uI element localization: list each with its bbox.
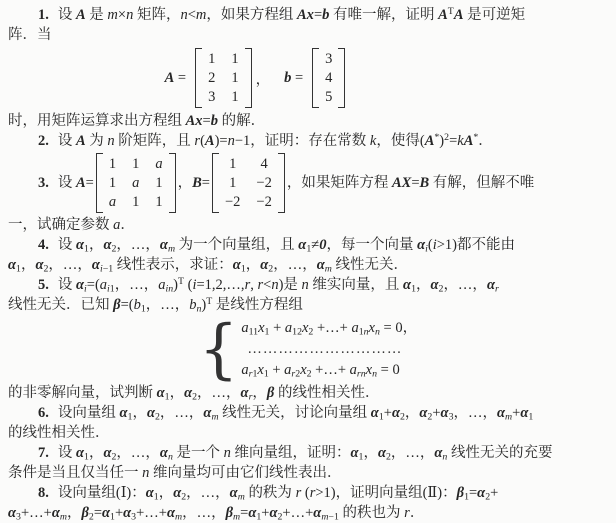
problem-5-line-2: 线性无关．已知 β=(b1，…，bn)T 是线性方程组	[8, 295, 608, 315]
problem-5-line-1: 5.设 αi=(ai1，…，ain)T (i=1,2,…,r, r<n)是 n …	[8, 275, 608, 295]
problem-1-display-equation: A = 112131 ， b = 345	[0, 48, 556, 108]
problem-6-line-2: 的线性相关性．	[8, 423, 608, 443]
problem-5-line-3: 的非零解向量，试判断 α1，α2，…，αr，β 的线性相关性．	[8, 383, 608, 403]
problem-2-line-1: 2.设 A 为 n 阶矩阵，且 r(A)=n−1，证明：存在常数 k，使得(A*…	[8, 131, 608, 151]
problem-7-text-2: 条件是当且仅当任一 n 维向量均可由它们线性表出．	[8, 465, 342, 481]
problem-4-line-1: 4.设 α1，α2，…，αm 为一个向量组，且 α1≠0，每一个向量 αi(i>…	[8, 235, 608, 255]
problem-8-line-2: α3+…+αm，β2=α1+α3+…+αm，…，βm=α1+α2+…+αm−1 …	[8, 503, 608, 523]
problem-6-text-1: 设向量组 α1，α2，…，αm 线性无关，讨论向量组 α1+α2，α2+α3，……	[58, 405, 533, 421]
problem-8-text-2: α3+…+αm，β2=α1+α3+…+αm，…，βm=α1+α2+…+αm−1 …	[8, 505, 424, 521]
problem-2-text-1: 设 A 为 n 阶矩阵，且 r(A)=n−1，证明：存在常数 k，使得(A*)2…	[58, 133, 493, 149]
problem-6-number: 6.	[38, 405, 49, 421]
vector-b: 345	[312, 48, 345, 108]
problem-7-line-1: 7.设 α1，α2，…，αn 是一个 n 维向量组，证明：α1，α2，…，αn …	[8, 443, 608, 463]
problem-4-line-2: α1，α2，…，αi−1 线性表示，求证：α1，α2，…，αm 线性无关．	[8, 255, 608, 275]
problem-4-text-1: 设 α1，α2，…，αm 为一个向量组，且 α1≠0，每一个向量 αi(i>1)…	[58, 237, 515, 253]
matrix-A-label: A =	[165, 70, 186, 87]
problem-5-equation-system: { a11x1 + a12x2 +…+ a1nxn = 0， …………………………	[8, 318, 608, 381]
left-brace: {	[199, 319, 238, 380]
problem-1-line-1: 1.设 A 是 m×n 矩阵，n<m，如果方程组 Ax=b 有唯一解，证明 AT…	[8, 5, 608, 25]
system-equation-2: ar1x1 + ar2x2 +…+ arnxn = 0	[241, 360, 417, 381]
problem-8-text-1: 设向量组(Ⅰ)：α1，α2，…，αm 的秩为 r (r>1)，证明向量组(Ⅱ)：…	[58, 485, 498, 501]
problem-5-text-1: 设 αi=(ai1，…，ain)T (i=1,2,…,r, r<n)是 n 维实…	[58, 277, 499, 293]
problem-3-line-2: 一，试确定参数 a．	[8, 215, 608, 235]
problem-1-text-3: 时，用矩阵运算求出方程组 Ax=b 的解．	[8, 113, 265, 129]
system-equation-1: a11x1 + a12x2 +…+ a1nxn = 0，	[241, 318, 417, 339]
problem-1-number: 1.	[38, 7, 49, 23]
problem-7-text-1: 设 α1，α2，…，αn 是一个 n 维向量组，证明：α1，α2，…，αn 线性…	[58, 445, 553, 461]
problem-3-text-pre: 设 A=	[58, 173, 94, 193]
display-comma: ，	[256, 68, 271, 89]
problem-8-line-1: 8.设向量组(Ⅰ)：α1，α2，…，αm 的秩为 r (r>1)，证明向量组(Ⅱ…	[8, 483, 608, 503]
problem-1-text-2: 阵．当	[8, 27, 52, 43]
problem-5-text-3: 的非零解向量，试判断 α1，α2，…，αr，β 的线性相关性．	[8, 385, 379, 401]
problem-4-number: 4.	[38, 237, 49, 253]
problem-3-line-1: 3. 设 A= 11a1a1a11 ，B= 141−2−2−2 ，如果矩阵方程 …	[8, 153, 608, 213]
exercise-page: 1.设 A 是 m×n 矩阵，n<m，如果方程组 Ax=b 有唯一解，证明 AT…	[0, 0, 616, 523]
problem-1-line-2: 阵．当	[8, 25, 608, 45]
problem-7-number: 7.	[38, 445, 49, 461]
problem-3-text-post: ，如果矩阵方程 AX=B 有解，但解不唯	[287, 173, 534, 193]
matrix-A: 112131	[195, 48, 252, 108]
problem-8-number: 8.	[38, 485, 49, 501]
problem-1-line-3: 时，用矩阵运算求出方程组 Ax=b 的解．	[8, 111, 608, 131]
problem-3-text-2: 一，试确定参数 a．	[8, 217, 135, 233]
vector-b-label: b =	[284, 70, 303, 87]
problem-2-number: 2.	[38, 133, 49, 149]
problem-3-text-mid: ，B=	[178, 173, 210, 193]
system-ellipsis-row: …………………………	[241, 339, 417, 360]
problem-6-text-2: 的线性相关性．	[8, 425, 110, 441]
matrix-A3: 11a1a1a11	[96, 153, 176, 213]
problem-6-line-1: 6.设向量组 α1，α2，…，αm 线性无关，讨论向量组 α1+α2，α2+α3…	[8, 403, 608, 423]
matrix-B3: 141−2−2−2	[212, 153, 285, 213]
problem-7-line-2: 条件是当且仅当任一 n 维向量均可由它们线性表出．	[8, 463, 608, 483]
problem-1-text-1: 设 A 是 m×n 矩阵，n<m，如果方程组 Ax=b 有唯一解，证明 ATA …	[58, 7, 525, 23]
problem-5-number: 5.	[38, 277, 49, 293]
problem-5-text-2: 线性无关．已知 β=(b1，…，bn)T 是线性方程组	[8, 297, 303, 313]
problem-3-number: 3.	[8, 173, 49, 193]
system-equations: a11x1 + a12x2 +…+ a1nxn = 0， ………………………… …	[241, 318, 417, 381]
problem-4-text-2: α1，α2，…，αi−1 线性表示，求证：α1，α2，…，αm 线性无关．	[8, 257, 408, 273]
